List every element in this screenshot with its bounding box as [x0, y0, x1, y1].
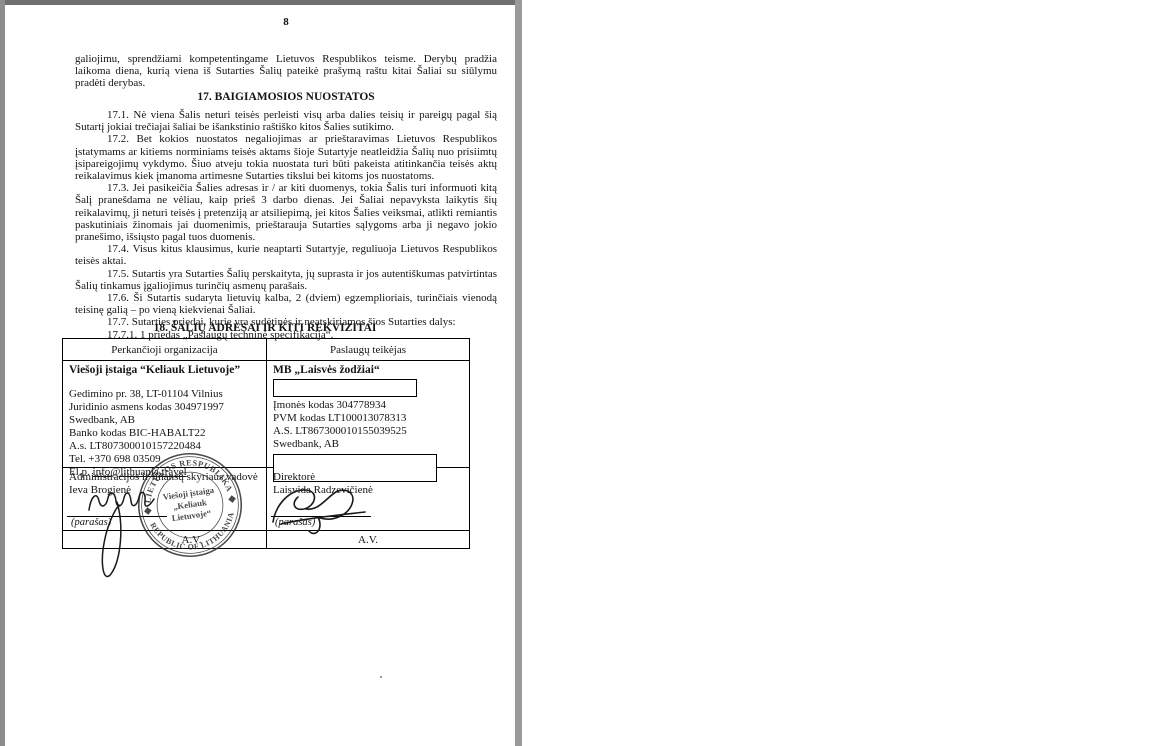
requisite-line: Banko kodas BIC-HABALT22 [69, 427, 260, 440]
contract-clause: 17.3. Jei pasikeičia Šalies adresas ir /… [75, 182, 497, 243]
supplier-column-header: Paslaugų teikėjas [266, 339, 469, 360]
requisite-line: Swedbank, AB [273, 438, 463, 451]
requisite-line: Įmonės kodas 304778934 [273, 399, 463, 412]
stamp-diamond-right [228, 495, 236, 503]
scan-speck [380, 676, 382, 678]
document-page: 8 galiojimu, sprendžiami kompetentingame… [5, 5, 515, 746]
table-details-row: Viešoji įstaiga “Keliauk Lietuvoje” Gedi… [63, 361, 469, 468]
intro-paragraph: galiojimu, sprendžiami kompetentingame L… [75, 53, 497, 90]
scan-edge-right [515, 0, 522, 746]
buyer-handwritten-signature [83, 478, 183, 590]
contract-clause: 17.1. Nė viena Šalis neturi teisės perle… [75, 109, 497, 133]
supplier-name: MB „Laisvės žodžiai“ [273, 364, 463, 376]
requisite-line: Gedimino pr. 38, LT-01104 Vilnius [69, 388, 260, 401]
contract-clause: 17.6. Ši Sutartis sudaryta lietuvių kalb… [75, 292, 497, 316]
scanned-document-viewer: 8 galiojimu, sprendžiami kompetentingame… [0, 0, 1152, 746]
supplier-requisites: Įmonės kodas 304778934PVM kodas LT100013… [273, 399, 463, 451]
requisite-line: Juridinio asmens kodas 304971997 [69, 401, 260, 414]
contract-clause: 17.4. Visus kitus klausimus, kurie neapt… [75, 243, 497, 267]
section-17-heading: 17. BAIGIAMOSIOS NUOSTATOS [75, 91, 497, 103]
buyer-name: Viešoji įstaiga “Keliauk Lietuvoje” [69, 364, 260, 376]
requisite-line: Swedbank, AB [69, 414, 260, 427]
supplier-details-cell: MB „Laisvės žodžiai“ Įmonės kodas 304778… [266, 361, 469, 467]
requisite-line: A.S. LT867300010155039525 [273, 425, 463, 438]
page-number: 8 [75, 16, 497, 28]
requisite-line: PVM kodas LT100013078313 [273, 412, 463, 425]
redacted-field-box [273, 379, 417, 397]
blank-line [69, 376, 260, 388]
contract-clause: 17.2. Bet kokios nuostatos negaliojimas … [75, 133, 497, 182]
section-17-clauses: 17.1. Nė viena Šalis neturi teisės perle… [75, 109, 497, 341]
contract-clause: 17.5. Sutartis yra Sutarties Šalių persk… [75, 268, 497, 292]
buyer-column-header: Perkančioji organizacija [63, 339, 266, 360]
table-header-row: Perkančioji organizacija Paslaugų teikėj… [63, 339, 469, 361]
section-18-heading: 18. ŠALIŲ ADRESAI IR KITI REKVIZITAI [62, 322, 468, 334]
supplier-handwritten-signature [263, 482, 378, 540]
